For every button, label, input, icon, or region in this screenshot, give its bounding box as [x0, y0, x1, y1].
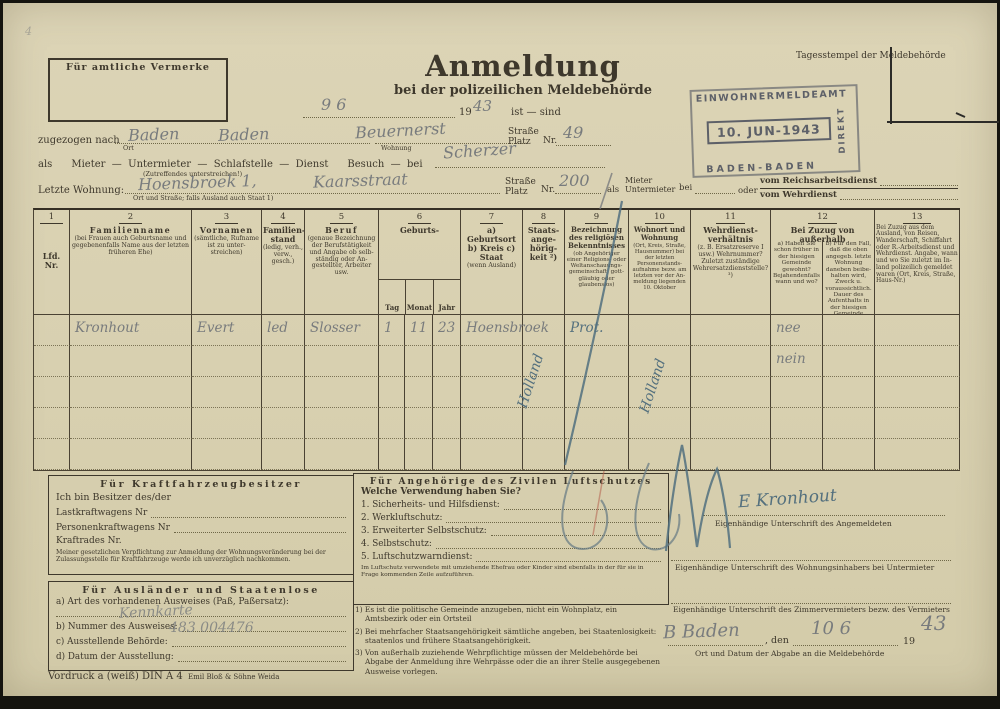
auslaender-box: Für Ausländer und Staatenlose a) Art des… — [48, 581, 354, 671]
luftschutz-line-2 — [446, 512, 661, 523]
pen-tick-mark — [956, 113, 965, 117]
rad-wehr-stack: vom Reichsarbeitsdienst vom Wehrdienst — [760, 176, 958, 200]
strasse-platz-label-2: Straße Platz — [505, 177, 536, 198]
hw-ausweis-nummer: 483 004476 — [169, 620, 254, 636]
cell-familienname: Kronhout — [70, 315, 192, 346]
auslaender-d-line — [178, 651, 346, 662]
footnote-2: 2) Bei mehrfacher Staatsangehörigkeit sä… — [355, 627, 661, 646]
signature-line-3 — [671, 591, 951, 604]
subcol-monat: Mo­nat — [406, 280, 433, 314]
footnote-3: 3) Von außerhalb zuziehende Wehrpflichti… — [355, 648, 661, 676]
bei2-line — [695, 185, 735, 194]
luftschutz-line-4 — [436, 538, 661, 549]
luftschutz-box: Für Angehörige des Zivilen Luftschutzes … — [353, 473, 669, 605]
stamp-date: 10. JUN-1943 — [707, 117, 831, 144]
stamp-vertical-text: DIREKT — [836, 107, 848, 154]
vom-wehr-label: vom Wehrdienst — [760, 190, 837, 200]
signature-label-2: Eigenhändige Unterschrift des Wohnungsin… — [675, 563, 934, 572]
official-notes-box: Für amtliche Vermerke — [48, 58, 228, 122]
hw-ort-1: Baden — [128, 124, 180, 145]
signature-line-2 — [671, 548, 951, 561]
auslaender-d-label: d) Datum der Ausstellung: — [56, 652, 174, 662]
mieter-untermieter-stack: Mieter Untermieter — [625, 177, 675, 195]
nr-label-2: Nr. — [541, 185, 555, 195]
footnotes: 1) Es ist die politische Gemeinde anzuge… — [355, 605, 661, 679]
nr-label: Nr. — [543, 136, 557, 146]
scanned-registration-form: 4 Für amtliche Vermerke Anmeldung bei de… — [0, 0, 1000, 709]
kfz-pkw-line — [174, 522, 346, 533]
subcol-zuzug-a: a) Haben Sie schon früher in der hiesige… — [771, 240, 823, 314]
hw-date: 9 6 — [321, 95, 346, 114]
auslaender-title: Für Ausländer und Staatenlose — [56, 585, 346, 596]
subcol-jahr: Jahr — [434, 280, 460, 314]
hw-ort-2: Baden — [218, 124, 270, 145]
kfz-kraftrad-label: Kraftrades Nr. — [56, 536, 122, 546]
als2-label: als — [607, 185, 619, 195]
cell-beruf: Slosser — [305, 315, 379, 346]
signature-label-1: Eigenhändige Unterschrift des Angemeldet… — [715, 519, 892, 528]
auslaender-a-label: a) Art des vorhandenen Ausweises (Paß, P… — [56, 597, 346, 607]
vom-wehr-line — [840, 190, 958, 200]
hw-nr-2: 200 — [559, 171, 590, 190]
luftschutz-note: Im Luftschutz verwendete mit umziehende … — [361, 565, 661, 579]
place-line — [668, 633, 763, 646]
bei2-label: bei — [679, 183, 692, 193]
form-title: Anmeldung — [383, 49, 663, 83]
cell-geburtstag: 1 — [379, 315, 405, 346]
kfz-lkw-label: Lastkraftwagens Nr — [56, 508, 147, 518]
form-subtitle: bei der polizeilichen Meldebehörde — [383, 83, 663, 98]
table-row — [34, 408, 960, 439]
printer-label: Emil Bloß & Söhne Weida — [188, 673, 279, 681]
table-header-row: 1 Lfd. Nr. 2 Familienname (bei Frauen au… — [34, 210, 960, 315]
col-vornamen: 3 Vornamen (sämtliche, Rufname ist zu un… — [192, 210, 262, 314]
hw-abgabe-year: 43 — [921, 611, 946, 635]
auslaender-a-line — [56, 607, 346, 617]
hw-abgabe-date: 10 6 — [811, 618, 851, 639]
col-wohnort: 10 Wohnort und Wohnung (Ort, Kreis, Stra… — [629, 210, 691, 314]
col-lfd-nr: 1 Lfd. Nr. — [34, 210, 70, 314]
year-prefix-2: 19 — [903, 636, 915, 647]
cell-geburtsmonat: 11 — [405, 315, 433, 346]
luftschutz-question: Welche Verwendung haben Sie? — [361, 487, 661, 497]
luftschutz-item-1: 1. Sicherheits- und Hilfsdienst: — [361, 500, 500, 510]
table-row: nein — [34, 346, 960, 377]
col-familienname: 2 Familienname (bei Frauen auch Geburts­… — [70, 210, 192, 314]
subcol-zuzug-b: b) Für den Fall, daß die oben angegeb. l… — [823, 240, 874, 314]
letzte-wohnung-sublabel: Ort und Straße; falls Ausland auch Staat… — [133, 195, 273, 202]
luftschutz-item-3: 3. Erweiterter Selbstschutz: — [361, 526, 487, 536]
kfz-box: Für Kraftfahrzeugbesitzer Ich bin Besitz… — [48, 475, 354, 575]
luftschutz-item-4: 4. Selbstschutz: — [361, 539, 432, 549]
col-bekenntnis: 9 Bezeichnung des religiösen Bekenntniss… — [565, 210, 629, 314]
ist-sind-label: ist — sind — [511, 107, 561, 118]
cell-zuzug-a2: nein — [771, 346, 823, 377]
col-geburts: 6 Geburts- Tag Mo­nat Jahr — [379, 210, 461, 314]
letzte-wohnung-label: Letzte Wohnung: — [38, 185, 124, 196]
cell-bekenntnis: Prot. — [565, 315, 629, 346]
auslaender-c-line — [172, 636, 346, 647]
geburts-subcols: Tag Mo­nat Jahr — [379, 279, 460, 314]
vordruck-label: Vordruck a (weiß) DIN A 4 — [48, 671, 183, 682]
hw-ausweis-art: Kennkarte — [119, 602, 194, 622]
kfz-lkw-line — [151, 507, 346, 518]
strasse-label-2: Straße — [505, 177, 536, 187]
kfz-title: Für Kraftfahrzeugbesitzer — [56, 479, 346, 490]
year-prefix: 19 — [459, 107, 472, 118]
table-row: Kronhout Evert led Slosser 1 11 23 Hoens… — [34, 315, 960, 346]
cell-vornamen: Evert — [192, 315, 262, 346]
signature-label-3: Eigenhändige Unterschrift des Zimmerverm… — [673, 605, 950, 614]
col-zuzug-ausserhalb: 12 Bei Zuzug von außerhalb a) Haben Sie … — [771, 210, 875, 314]
col-geburtsort: 7 a) Geburtsort b) Kreis c) Staat (wenn … — [461, 210, 523, 314]
col-zuzug-ausland: 13 Bei Zuzug aus dem Ausland, von Reisen… — [875, 210, 960, 314]
kfz-pkw-label: Personenkraftwagens Nr — [56, 523, 170, 533]
cell-zuzug-a: nee — [771, 315, 823, 346]
untermieter2-label: Untermieter — [625, 186, 675, 195]
hw-letzte-strasse: Kaarsstraat — [313, 169, 408, 191]
cell-geburtsjahr: 23 — [433, 315, 461, 346]
vom-rad-line — [880, 176, 958, 186]
kfz-intro: Ich bin Besitzer des/der — [56, 492, 346, 503]
footnote-1: 1) Es ist die politische Gemeinde anzuge… — [355, 605, 661, 624]
auslaender-b-label: b) Nummer des Ausweises: — [56, 622, 178, 632]
luftschutz-title: Für Angehörige des Zivilen Luftschutzes — [361, 477, 661, 487]
col-familienstand: 4 Familien­stand (ledig, verh., verw., g… — [262, 210, 305, 314]
luftschutz-item-5: 5. Luftschutzwarndienst: — [361, 552, 472, 562]
strasse-label: Straße — [508, 127, 539, 137]
col-staatsangehoerigkeit: 8 Staats­ange­hörig­keit ²) — [523, 210, 565, 314]
stamp-caption: Tagesstempel der Meldebehörde — [796, 51, 946, 61]
luftschutz-line-3 — [491, 525, 661, 536]
luftschutz-item-2: 2. Werkluftschutz: — [361, 513, 442, 523]
luftschutz-line-5 — [476, 551, 661, 562]
table-row — [34, 439, 960, 470]
subcol-tag: Tag — [379, 280, 406, 314]
luftschutz-line-1 — [504, 499, 661, 510]
hw-nr: 49 — [563, 123, 583, 142]
den-label: , den — [765, 635, 789, 646]
col-beruf: 5 Beruf (genaue Bezeich­nung der Berufs­… — [305, 210, 379, 314]
col-wehrdienst: 11 Wehrdienst­verhältnis (z. B. Ersatz­r… — [691, 210, 771, 314]
ort-sublabel: Ort — [123, 145, 134, 152]
als-mieter-line: als Mieter — Untermieter — Schlafstelle … — [38, 159, 423, 170]
oder-label: oder — [738, 186, 758, 196]
vom-rad-label: vom Reichsarbeitsdienst — [760, 176, 877, 186]
auslaender-c-label: c) Ausstellende Behörde: — [56, 637, 168, 647]
signature-line-1 — [703, 503, 945, 516]
table-row — [34, 377, 960, 408]
cell-familienstand: led — [262, 315, 305, 346]
zugezogen-label: zugezogen nach — [38, 135, 120, 146]
corner-pencil-mark: 4 — [25, 25, 32, 38]
cell-geburtsort: Hoensbroek — [461, 315, 523, 346]
platz-label-2: Platz — [505, 187, 536, 197]
zuzug-subcols: a) Haben Sie schon früher in der hiesige… — [771, 240, 874, 314]
official-notes-label: Für amtliche Vermerke — [50, 62, 226, 73]
form-paper: 4 Für amtliche Vermerke Anmeldung bei de… — [3, 3, 997, 696]
kfz-note: Meiner gesetzlichen Verpflichtung zur An… — [56, 549, 346, 564]
meldebehoerde-stamp: EINWOHNERMELDEAMT 10. JUN-1943 BADEN-BAD… — [690, 84, 861, 178]
wohnung-sublabel: Wohnung — [381, 145, 412, 152]
registration-table: 1 Lfd. Nr. 2 Familienname (bei Frauen au… — [33, 208, 960, 471]
place-date-note: Ort und Datum der Abgabe an die Meldebeh… — [695, 649, 884, 658]
hw-year: 43 — [473, 97, 492, 115]
